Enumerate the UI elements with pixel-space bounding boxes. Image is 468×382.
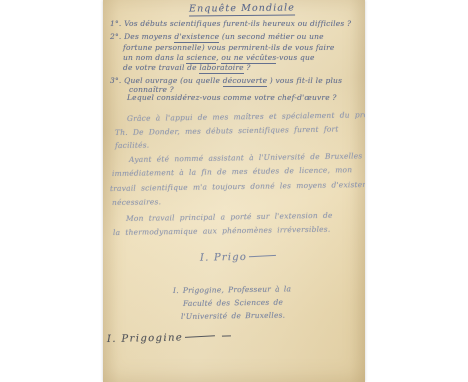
handwritten-segment: (un second métier ou une xyxy=(219,32,324,41)
answer-1-line-1: Grâce à l'appui de mes maîtres et spécia… xyxy=(127,110,365,123)
handwritten-segment: science xyxy=(186,53,216,64)
handwritten-segment: la thermodynamique aux phénomènes irréve… xyxy=(113,225,331,237)
handwritten-segment: d'existence xyxy=(174,32,219,43)
handwritten-segment: Th. De Donder, mes débuts scientifiques … xyxy=(115,124,339,137)
attribution-line-2: Faculté des Sciences de xyxy=(183,298,283,308)
handwritten-segment: Grâce à l'appui de mes maîtres et spécia… xyxy=(127,110,365,123)
handwritten-segment: Lequel considérez-vous comme votre chef-… xyxy=(127,93,337,102)
question-2-line-3: un nom dans la science, ou ne vécûtes-vo… xyxy=(123,53,315,62)
answer-1-line-2: Th. De Donder, mes débuts scientifiques … xyxy=(115,124,339,137)
answer-3-line-1: Mon travail principal a porté sur l'exte… xyxy=(126,211,333,223)
handwritten-segment: fortune personnelle) vous permirent-ils … xyxy=(123,43,335,52)
pencil-annotation: I. Prigogine xyxy=(107,331,231,345)
handwritten-segment: découverte xyxy=(223,76,268,87)
handwritten-segment: ) vous fit-il le plus xyxy=(267,76,342,85)
handwritten-segment: Ayant été nommé assistant à l'Université… xyxy=(129,151,363,164)
handwritten-segment: travail scientifique m'a toujours donné … xyxy=(110,180,365,193)
answer-2-line-4: nécessaires. xyxy=(112,197,161,207)
signature: I. Prigo xyxy=(200,251,276,263)
question-3-line-1: 3°. Quel ouvrage (ou quelle découverte )… xyxy=(110,76,342,85)
answer-2-line-1: Ayant été nommé assistant à l'Université… xyxy=(129,151,363,164)
question-2-line-4: de votre travail de laboratoire ? xyxy=(123,63,251,72)
handwritten-segment: de votre travail de xyxy=(123,63,199,72)
handwritten-segment: ou ne vécûtes xyxy=(221,53,276,64)
answer-1-line-3: facilités. xyxy=(115,140,149,150)
question-2-line-2: fortune personnelle) vous permirent-ils … xyxy=(123,43,335,52)
signature-flourish xyxy=(249,255,276,257)
handwritten-segment: 3°. Quel ouvrage (ou quelle xyxy=(110,76,223,85)
manuscript-page: Enquête Mondiale 1°. Vos débuts scientif… xyxy=(103,0,365,382)
attribution-line-1: I. Prigogine, Professeur à la xyxy=(173,284,291,295)
handwritten-segment: 1°. Vos débuts scientifiques furent-ils … xyxy=(110,19,351,28)
handwritten-segment: immédiatement à la fin de mes études de … xyxy=(112,165,352,178)
handwritten-segment: -vous que xyxy=(276,53,314,62)
handwritten-segment: Enquête Mondiale xyxy=(189,2,295,16)
question-3-line-3: Lequel considérez-vous comme votre chef-… xyxy=(127,93,337,102)
pencil-annotation-text: I. Prigogine xyxy=(107,332,183,345)
handwritten-segment: un nom dans la xyxy=(123,53,186,62)
handwritten-segment: Mon travail principal a porté sur l'exte… xyxy=(126,211,333,223)
handwritten-segment: nécessaires. xyxy=(112,197,161,207)
document-title: Enquête Mondiale xyxy=(189,2,295,14)
pencil-annotation-dash xyxy=(222,335,231,336)
pencil-annotation-flourish xyxy=(185,335,215,338)
answer-3-line-2: la thermodynamique aux phénomènes irréve… xyxy=(113,225,331,237)
handwritten-segment: facilités. xyxy=(115,140,149,150)
handwritten-segment: laboratoire xyxy=(199,63,243,74)
handwritten-segment: 2°. Des moyens xyxy=(110,32,174,41)
attribution-line-3: l'Université de Bruxelles. xyxy=(181,311,285,321)
question-1-line-1: 1°. Vos débuts scientifiques furent-ils … xyxy=(110,19,351,28)
answer-2-line-2: immédiatement à la fin de mes études de … xyxy=(112,165,352,178)
question-2-line-1: 2°. Des moyens d'existence (un second mé… xyxy=(110,32,324,41)
handwritten-segment: ? xyxy=(244,63,251,72)
signature-text: I. Prigo xyxy=(200,252,247,264)
answer-2-line-3: travail scientifique m'a toujours donné … xyxy=(110,180,365,193)
